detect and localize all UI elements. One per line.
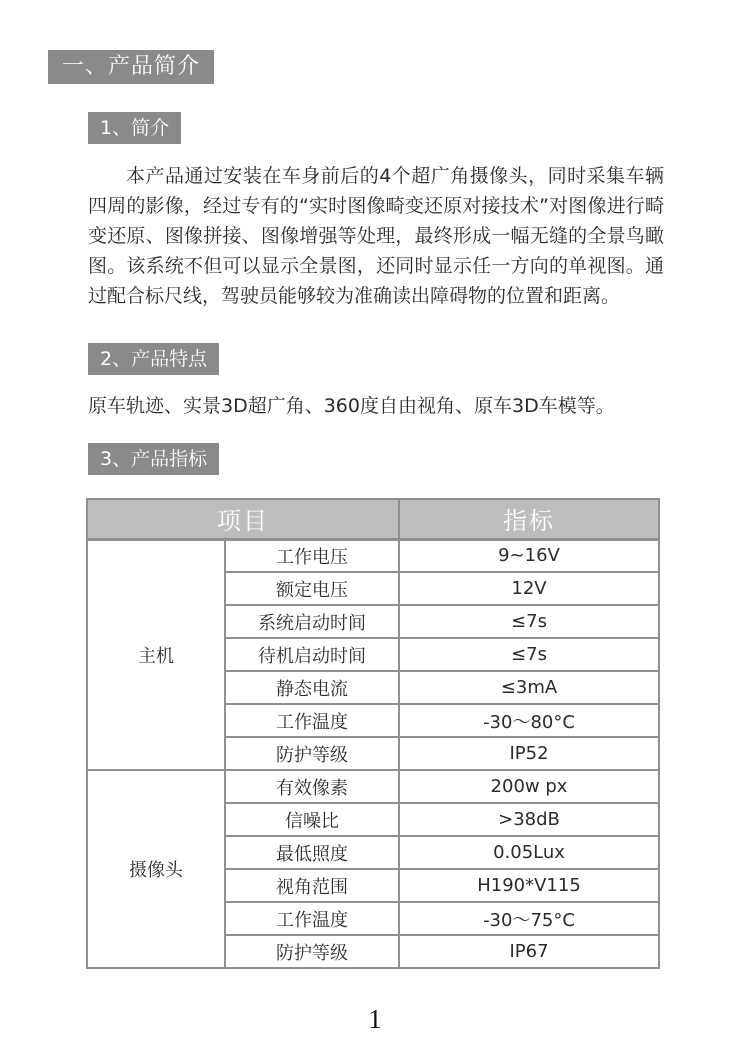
row-group-label: 摄像头 <box>87 770 225 968</box>
table-row: 摄像头有效像素200w px <box>87 770 659 803</box>
row-group-label: 主机 <box>87 539 225 770</box>
table-header-item: 项目 <box>87 499 399 539</box>
specs-heading: 3、产品指标 <box>88 443 219 475</box>
document-page: 一、产品简介 1、简介 本产品通过安装在车身前后的4个超广角摄像头，同时采集车辆… <box>0 0 750 1060</box>
spec-value-cell: ≤7s <box>399 638 659 671</box>
spec-item-cell: 待机启动时间 <box>225 638 399 671</box>
main-section-heading: 一、产品简介 <box>48 50 214 84</box>
spec-value-cell: 200w px <box>399 770 659 803</box>
features-heading: 2、产品特点 <box>88 343 219 375</box>
spec-value-cell: H190*V115 <box>399 869 659 902</box>
spec-value-cell: -30～75°C <box>399 902 659 935</box>
spec-value-cell: ≤3mA <box>399 671 659 704</box>
spec-item-cell: 防护等级 <box>225 737 399 770</box>
spec-item-cell: 工作温度 <box>225 902 399 935</box>
table-header-value: 指标 <box>399 499 659 539</box>
spec-item-cell: 视角范围 <box>225 869 399 902</box>
spec-value-cell: 12V <box>399 572 659 605</box>
spec-item-cell: 最低照度 <box>225 836 399 869</box>
spec-table-header-row: 项目 指标 <box>87 499 659 539</box>
spec-value-cell: IP52 <box>399 737 659 770</box>
spec-value-cell: >38dB <box>399 803 659 836</box>
spec-item-cell: 有效像素 <box>225 770 399 803</box>
spec-item-cell: 防护等级 <box>225 935 399 968</box>
spec-table: 项目 指标 主机工作电压9~16V额定电压12V系统启动时间≤7s待机启动时间≤… <box>86 498 660 969</box>
page-number: 1 <box>0 1004 750 1035</box>
spec-item-cell: 工作电压 <box>225 539 399 572</box>
spec-table-body: 主机工作电压9~16V额定电压12V系统启动时间≤7s待机启动时间≤7s静态电流… <box>87 539 659 968</box>
spec-item-cell: 工作温度 <box>225 704 399 737</box>
spec-value-cell: IP67 <box>399 935 659 968</box>
spec-item-cell: 信噪比 <box>225 803 399 836</box>
features-text: 原车轨迹、实景3D超广角、360度自由视角、原车3D车模等。 <box>88 392 688 420</box>
spec-item-cell: 系统启动时间 <box>225 605 399 638</box>
intro-heading: 1、简介 <box>88 112 181 144</box>
intro-paragraph: 本产品通过安装在车身前后的4个超广角摄像头，同时采集车辆四周的影像，经过专有的“… <box>88 161 664 311</box>
spec-value-cell: 9~16V <box>399 539 659 572</box>
spec-value-cell: ≤7s <box>399 605 659 638</box>
table-row: 主机工作电压9~16V <box>87 539 659 572</box>
spec-value-cell: 0.05Lux <box>399 836 659 869</box>
spec-item-cell: 静态电流 <box>225 671 399 704</box>
spec-value-cell: -30～80°C <box>399 704 659 737</box>
spec-item-cell: 额定电压 <box>225 572 399 605</box>
